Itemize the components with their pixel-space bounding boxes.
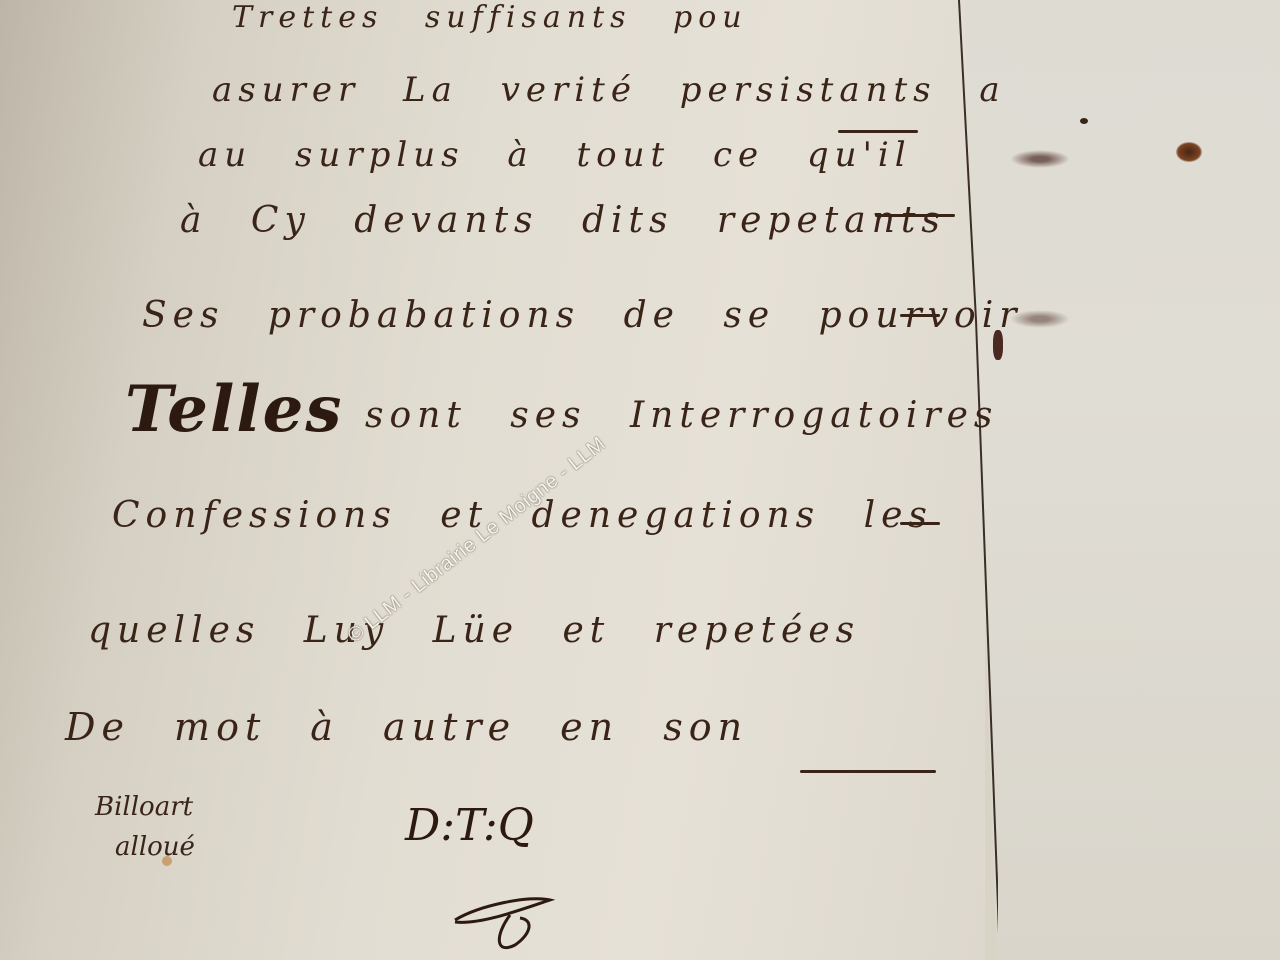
- signature-paraph: [440, 890, 560, 960]
- manuscript-line-5: Ses probabations de se pourvoir: [142, 295, 1022, 336]
- rust-stain: [1176, 142, 1202, 162]
- manuscript-line-6: sont ses Interrogatoires: [365, 395, 998, 436]
- manuscript-line-8: quelles Luy Lüe et repetées: [88, 610, 860, 651]
- line-flourish: [800, 770, 936, 773]
- manuscript-page-right: [958, 0, 1280, 960]
- line-flourish: [875, 214, 955, 217]
- rust-stain: [1010, 150, 1070, 168]
- decorated-initial: Telles: [125, 372, 343, 447]
- manuscript-line-4: à Cy devants dits repetants: [180, 200, 946, 241]
- manuscript-line-2: asurer La verité persistants a: [212, 70, 1006, 110]
- line-flourish: [900, 314, 940, 317]
- line-flourish: [900, 522, 940, 525]
- rust-stain: [1080, 118, 1088, 124]
- margin-note-title: alloué: [115, 832, 195, 862]
- manuscript-line-9: De mot à autre en son: [65, 705, 748, 749]
- margin-note-name: Billoart: [95, 792, 193, 822]
- line-flourish: [838, 130, 918, 133]
- manuscript-line-1: Trettes suffisants pou: [232, 0, 748, 35]
- manuscript-line-3: au surplus à tout ce qu'il: [198, 135, 912, 175]
- signature-initials: D:T:Q: [405, 800, 534, 851]
